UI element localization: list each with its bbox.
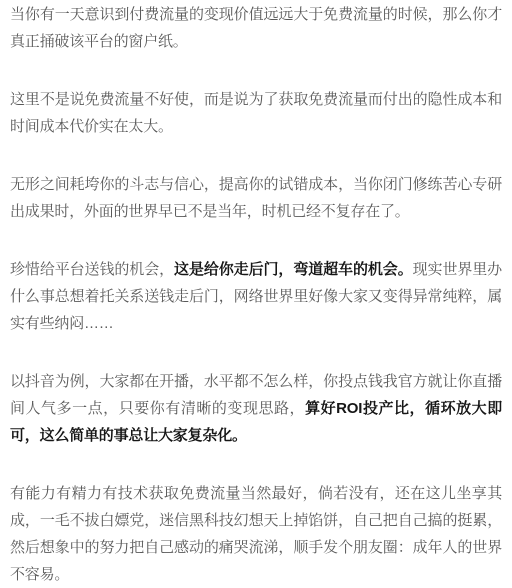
paragraph: 以抖音为例，大家都在开播，水平都不怎么样，你投点钱我官方就让你直播间人气多一点，… bbox=[10, 368, 502, 449]
text-segment: 当你有一天意识到付费流量的变现价值远远大于免费流量的时候，那么你才真正捅破该平台… bbox=[10, 6, 502, 50]
text-segment: 无形之间耗垮你的斗志与信心，提高你的试错成本，当你闭门修练苦心专研出成果时，外面… bbox=[10, 176, 502, 220]
paragraph: 这里不是说免费流量不好使，而是说为了获取免费流量而付出的隐性成本和时间成本代价实… bbox=[10, 86, 502, 140]
text-segment: 珍惜给平台送钱的机会， bbox=[10, 261, 174, 278]
article-body: 当你有一天意识到付费流量的变现价值远远大于免费流量的时候，那么你才真正捅破该平台… bbox=[0, 0, 512, 588]
paragraph: 珍惜给平台送钱的机会，这是给你走后门，弯道超车的机会。现实世界里办什么事总想着托… bbox=[10, 256, 502, 337]
bold-text-segment: 这是给你走后门，弯道超车的机会。 bbox=[174, 261, 413, 278]
paragraph: 无形之间耗垮你的斗志与信心，提高你的试错成本，当你闭门修练苦心专研出成果时，外面… bbox=[10, 171, 502, 225]
text-segment: 有能力有精力有技术获取免费流量当然最好，倘若没有，还在这儿坐享其成，一毛不拔白嫖… bbox=[10, 485, 502, 583]
paragraph: 有能力有精力有技术获取免费流量当然最好，倘若没有，还在这儿坐享其成，一毛不拔白嫖… bbox=[10, 480, 502, 588]
paragraph: 当你有一天意识到付费流量的变现价值远远大于免费流量的时候，那么你才真正捅破该平台… bbox=[10, 1, 502, 55]
text-segment: 这里不是说免费流量不好使，而是说为了获取免费流量而付出的隐性成本和时间成本代价实… bbox=[10, 91, 502, 135]
